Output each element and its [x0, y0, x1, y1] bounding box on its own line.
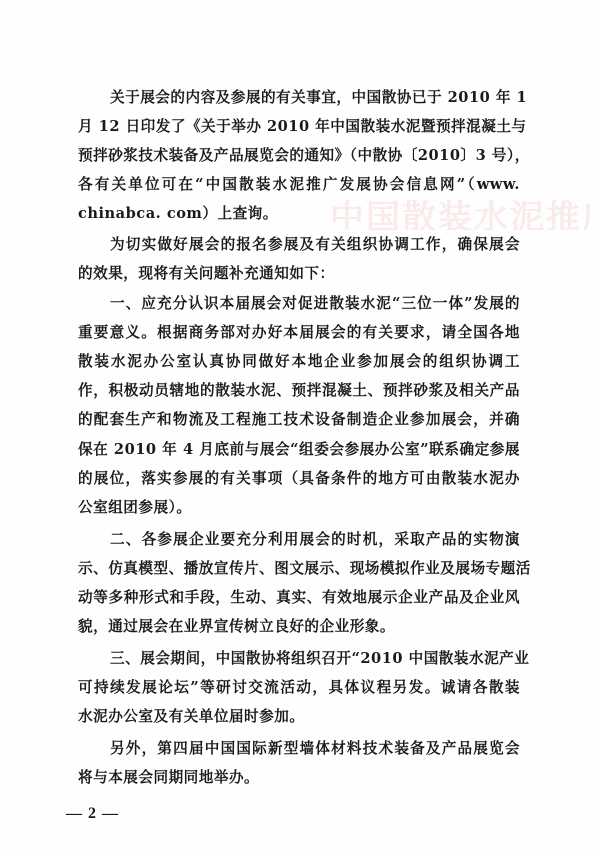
paragraph-line: 的展位，落实参展的有关事项（具备条件的地方可由散装水泥办: [78, 468, 520, 490]
paragraph-line: 二、各参展企业要充分利用展会的时机，采取产品的实物演: [110, 529, 520, 551]
paragraph-line: 示、仿真模型、播放宣传片、图文展示、现场模拟作业及展场专题活: [78, 558, 520, 580]
paragraph-line: 一、应充分认识本届展会对促进散装水泥“三位一体”发展的: [110, 293, 520, 315]
paragraph-line: 各有关单位可在“中国散装水泥推广发展协会信息网”（www.: [78, 174, 520, 196]
paragraph-line: chinabca. com）上查询。: [78, 203, 520, 225]
paragraph-line: 的配套生产和物流及工程施工技术设备制造企业参加展会，并确: [78, 409, 520, 431]
paragraph-line: 重要意义。根据商务部对办好本届展会的有关要求，请全国各地: [78, 322, 520, 344]
document-page: 中国散装水泥推广发展协会 关于展会的内容及参展的有关事宜，中国散协已于 2010…: [0, 0, 600, 850]
paragraph-line: 保在 2010 年 4 月底前与展会“组委会参展办公室”联系确定参展: [78, 439, 520, 461]
paragraph-line: 预拌砂浆技术装备及产品展览会的通知》（中散协〔2010〕3 号），: [78, 145, 520, 167]
paragraph-line: 散装水泥办公室认真协同做好本地企业参加展会的组织协调工: [78, 351, 520, 373]
paragraph-line: 公室组团参展）。: [78, 497, 520, 519]
paragraph-line: 动等多种形式和手段，生动、真实、有效地展示企业产品及企业风: [78, 587, 520, 609]
paragraph-line: 三、展会期间，中国散协将组织召开“2010 中国散装水泥产业: [110, 648, 520, 670]
paragraph-line: 水泥办公室及有关单位届时参加。: [78, 706, 520, 728]
paragraph-line: 可持续发展论坛”等研讨交流活动，具体议程另发。诚请各散装: [78, 677, 520, 699]
paragraph-line: 貌，通过展会在业界宣传树立良好的企业形象。: [78, 616, 520, 638]
paragraph-line: 月 12 日印发了《关于举办 2010 年中国散装水泥暨预拌混凝土与: [78, 116, 520, 138]
page-number: — 2 —: [66, 805, 119, 823]
paragraph-line: 关于展会的内容及参展的有关事宜，中国散协已于 2010 年 1: [110, 87, 520, 109]
paragraph-line: 另外，第四届中国国际新型墙体材料技术装备及产品展览会: [110, 738, 520, 760]
paragraph-line: 的效果，现将有关问题补充通知如下：: [78, 263, 520, 285]
paragraph-line: 为切实做好展会的报名参展及有关组织协调工作，确保展会: [110, 234, 520, 256]
paragraph-line: 将与本展会同期同地举办。: [78, 767, 520, 789]
paragraph-line: 作，积极动员辖地的散装水泥、预拌混凝土、预拌砂浆及相关产品: [78, 380, 520, 402]
